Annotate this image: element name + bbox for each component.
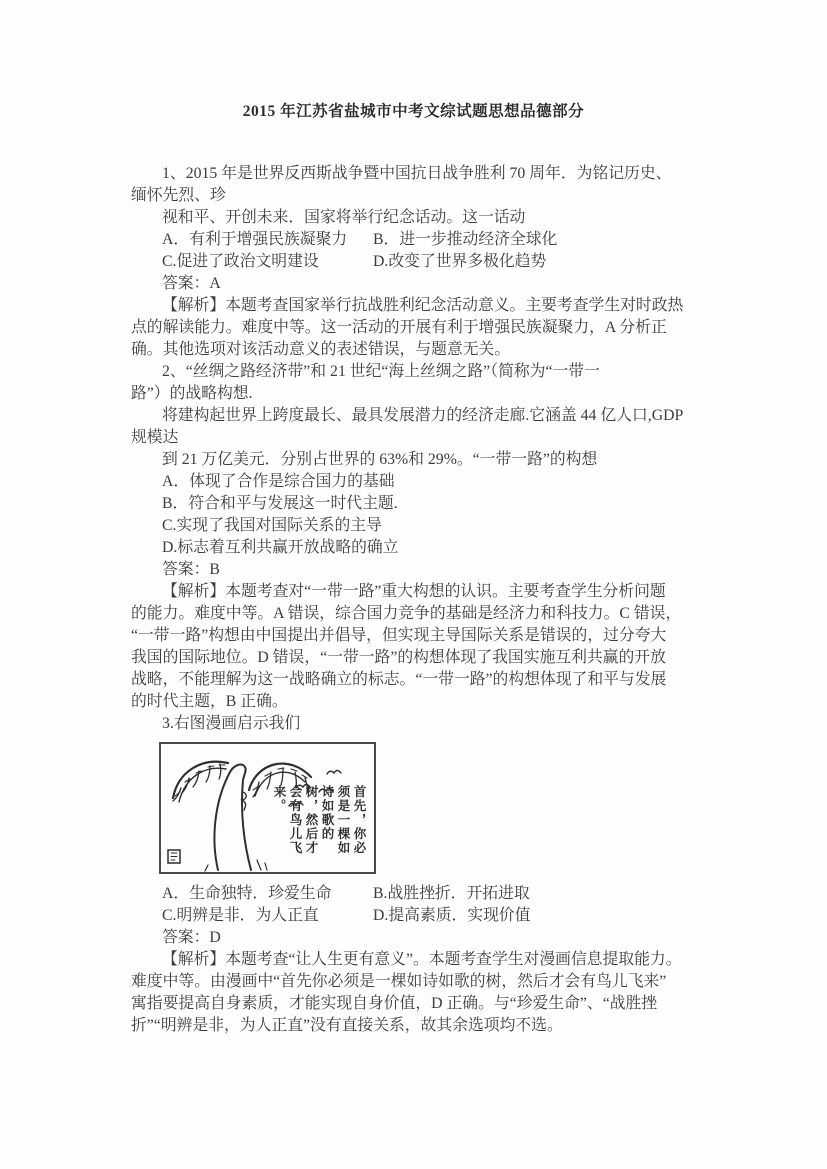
analysis-line: “一带一路”构想由中国提出并倡导，但实现主导国际关系是错误的，过分夸大 [131,625,701,647]
tree-trunk [205,765,267,871]
option-row: A．生命独特．珍爱生命B.战胜挫折．开拓进取 [131,883,701,905]
option-row: C.明辨是非．为人正直D.提高素质．实现价值 [131,905,701,927]
document-page: 2015 年江苏省盐城市中考文综试题思想品德部分 1、2015 年是世界反西斯战… [0,0,827,1169]
analysis-line: 的能力。难度中等。A 错误，综合国力竞争的基础是经济力和科技力。C 错误， [131,603,701,625]
option-left: A．有利于增强民族凝聚力 [162,229,373,251]
option-left: C.明辨是非．为人正直 [162,905,373,927]
option-right: D.改变了世界多极化趋势 [373,253,546,270]
text-block-after-cartoon: A．生命独特．珍爱生命B.战胜挫折．开拓进取C.明辨是非．为人正直D.提高素质．… [131,883,701,1037]
answer-line: 答案：B [131,559,701,581]
page-title: 2015 年江苏省盐城市中考文综试题思想品德部分 [0,0,827,123]
analysis-line: 难度中等。由漫画中“首先你必须是一棵如诗如歌的树，然后才会有鸟儿飞来” [131,971,701,993]
question-line: 将建构起世界上跨度最长、最具发展潜力的经济走廊.它涵盖 44 亿人口,GDP [131,405,701,427]
question-line: 2、“丝绸之路经济带”和 21 世纪“海上丝绸之路”（简称为“一带一 [131,361,701,383]
answer-line: 答案：A [131,273,701,295]
option-row: A．体现了合作是综合国力的基础 [131,471,701,493]
cartoon-figure: 首先，你必须是一棵如诗如歌的树，然后才会有鸟儿飞来。 [159,742,376,874]
analysis-line: 折”“明辨是非，为人正直”没有直接关系，故其余选项均不选。 [131,1015,701,1037]
question-line: 缅怀先烈、珍 [131,185,701,207]
text-block-before-cartoon: 1、2015 年是世界反西斯战争暨中国抗日战争胜利 70 周年．为铭记历史、缅怀… [131,163,701,735]
analysis-line: 战略，不能理解为这一战略确立的标志。“一带一路”的构想体现了和平与发展 [131,669,701,691]
analysis-line: 的时代主题，B 正确。 [131,691,701,713]
option-left: A．生命独特．珍爱生命 [162,883,373,905]
analysis-line: 点的解读能力。难度中等。这一活动的开展有利于增强民族凝聚力，A 分析正 [131,317,701,339]
option-row: C.实现了我国对国际关系的主导 [131,515,701,537]
option-row: D.标志着互利共赢开放战略的确立 [131,537,701,559]
cartoon-caption-vertical-text: 首先，你必须是一棵如诗如歌的树，然后才会有鸟儿飞来。 [269,785,367,867]
option-row: B．符合和平与发展这一时代主题. [131,493,701,515]
option-row: A．有利于增强民族凝聚力B．进一步推动经济全球化 [131,229,701,251]
analysis-line: 确。其他选项对该活动意义的表述错误，与题意无关。 [131,339,701,361]
analysis-line: 寓指要提高自身素质，才能实现自身价值，D 正确。与“珍爱生命”、“战胜挫 [131,993,701,1015]
question-line: 1、2015 年是世界反西斯战争暨中国抗日战争胜利 70 周年．为铭记历史、 [131,163,701,185]
analysis-line: 我国的国际地位。D 错误，“一带一路”的构想体现了我国实施互利共赢的开放 [131,647,701,669]
option-row: C.促进了政治文明建设D.改变了世界多极化趋势 [131,251,701,273]
analysis-line: 【解析】本题考查“让人生更有意义”。本题考查学生对漫画信息提取能力。 [131,949,701,971]
option-left: C.促进了政治文明建设 [162,251,373,273]
artist-seal-icon [168,850,180,863]
analysis-line: 【解析】本题考查国家举行抗战胜利纪念活动意义。主要考查学生对时政热 [131,295,701,317]
option-right: D.提高素质．实现价值 [373,907,531,924]
question-line: 规模达 [131,427,701,449]
analysis-line: 【解析】本题考查对“一带一路”重大构想的认识。主要考查学生分析问题 [131,581,701,603]
question-line: 到 21 万亿美元．分别占世界的 63%和 29%。“一带一路”的构想 [131,449,701,471]
answer-line: 答案：D [131,927,701,949]
question-line: 视和平、开创未来．国家将举行纪念话动。这一话动 [131,207,701,229]
option-right: B．进一步推动经济全球化 [373,231,557,248]
option-right: B.战胜挫折．开拓进取 [373,885,530,902]
document-content: 1、2015 年是世界反西斯战争暨中国抗日战争胜利 70 周年．为铭记历史、缅怀… [131,163,701,1037]
question-line: 3.右图漫画启示我们 [131,713,701,735]
question-line: 路”）的战略构想. [131,383,701,405]
